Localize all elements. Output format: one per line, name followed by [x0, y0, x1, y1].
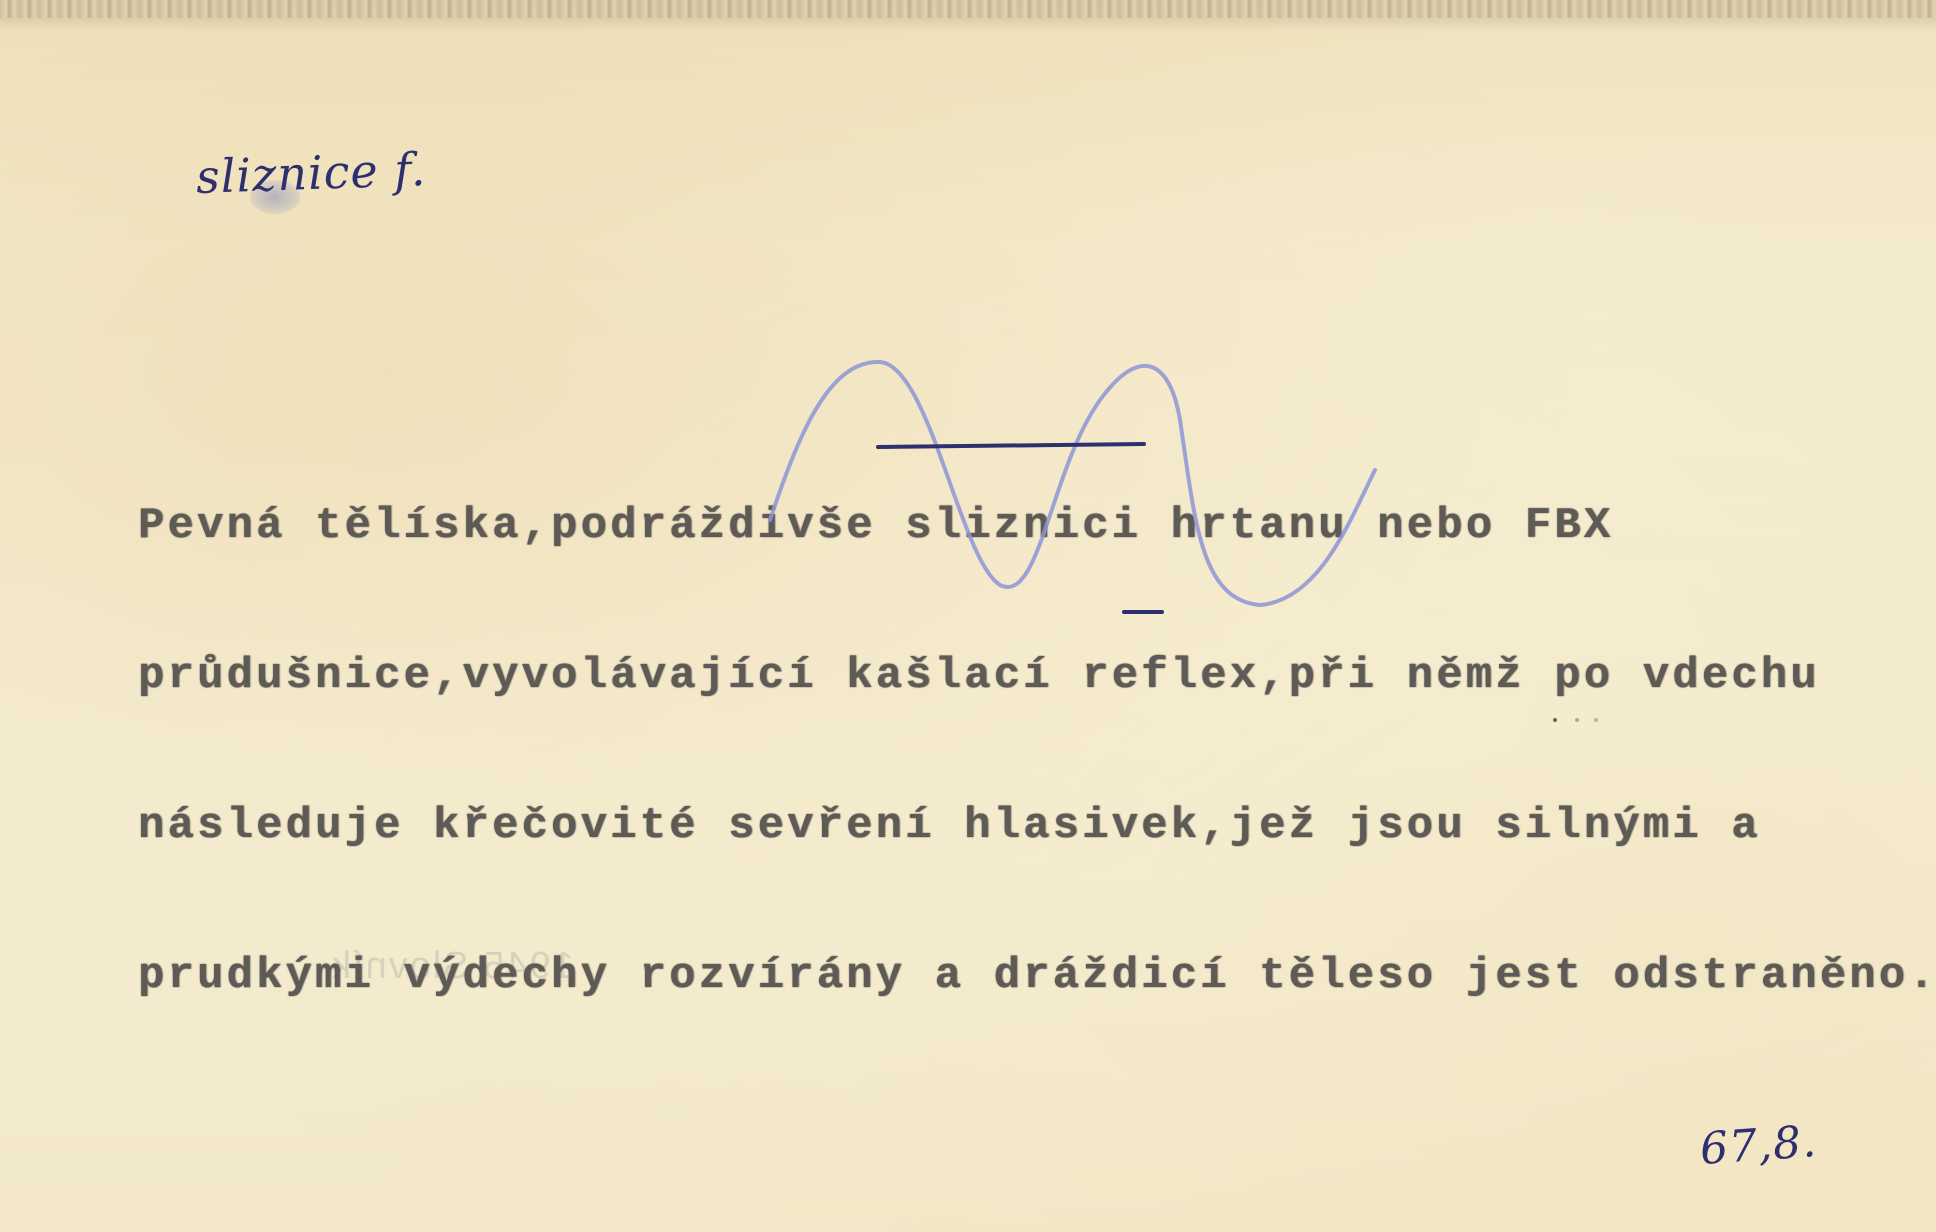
paper-top-shadow [0, 18, 1936, 32]
typed-line-4: prudkými výdechy rozvírány a dráždicí tě… [138, 951, 1936, 1001]
handwritten-heading: slizniсe f. [195, 142, 427, 204]
paper-speck [1594, 718, 1598, 722]
paper-top-edge [0, 0, 1936, 18]
typed-paragraph: Pevná tělíska,podráždivše sliznici hrtan… [138, 401, 1936, 1051]
paper-speck [1553, 718, 1557, 722]
handwritten-number: 67,8. [1698, 1116, 1818, 1175]
typed-line-2: průdušnice,vyvolávající kašlací reflex,p… [138, 651, 1936, 701]
paper-speck [1575, 718, 1579, 722]
typed-line-1: Pevná tělíska,podráždivše sliznici hrtan… [138, 501, 1936, 551]
typed-line-3: následuje křečovité sevření hlasivek,jež… [138, 801, 1936, 851]
